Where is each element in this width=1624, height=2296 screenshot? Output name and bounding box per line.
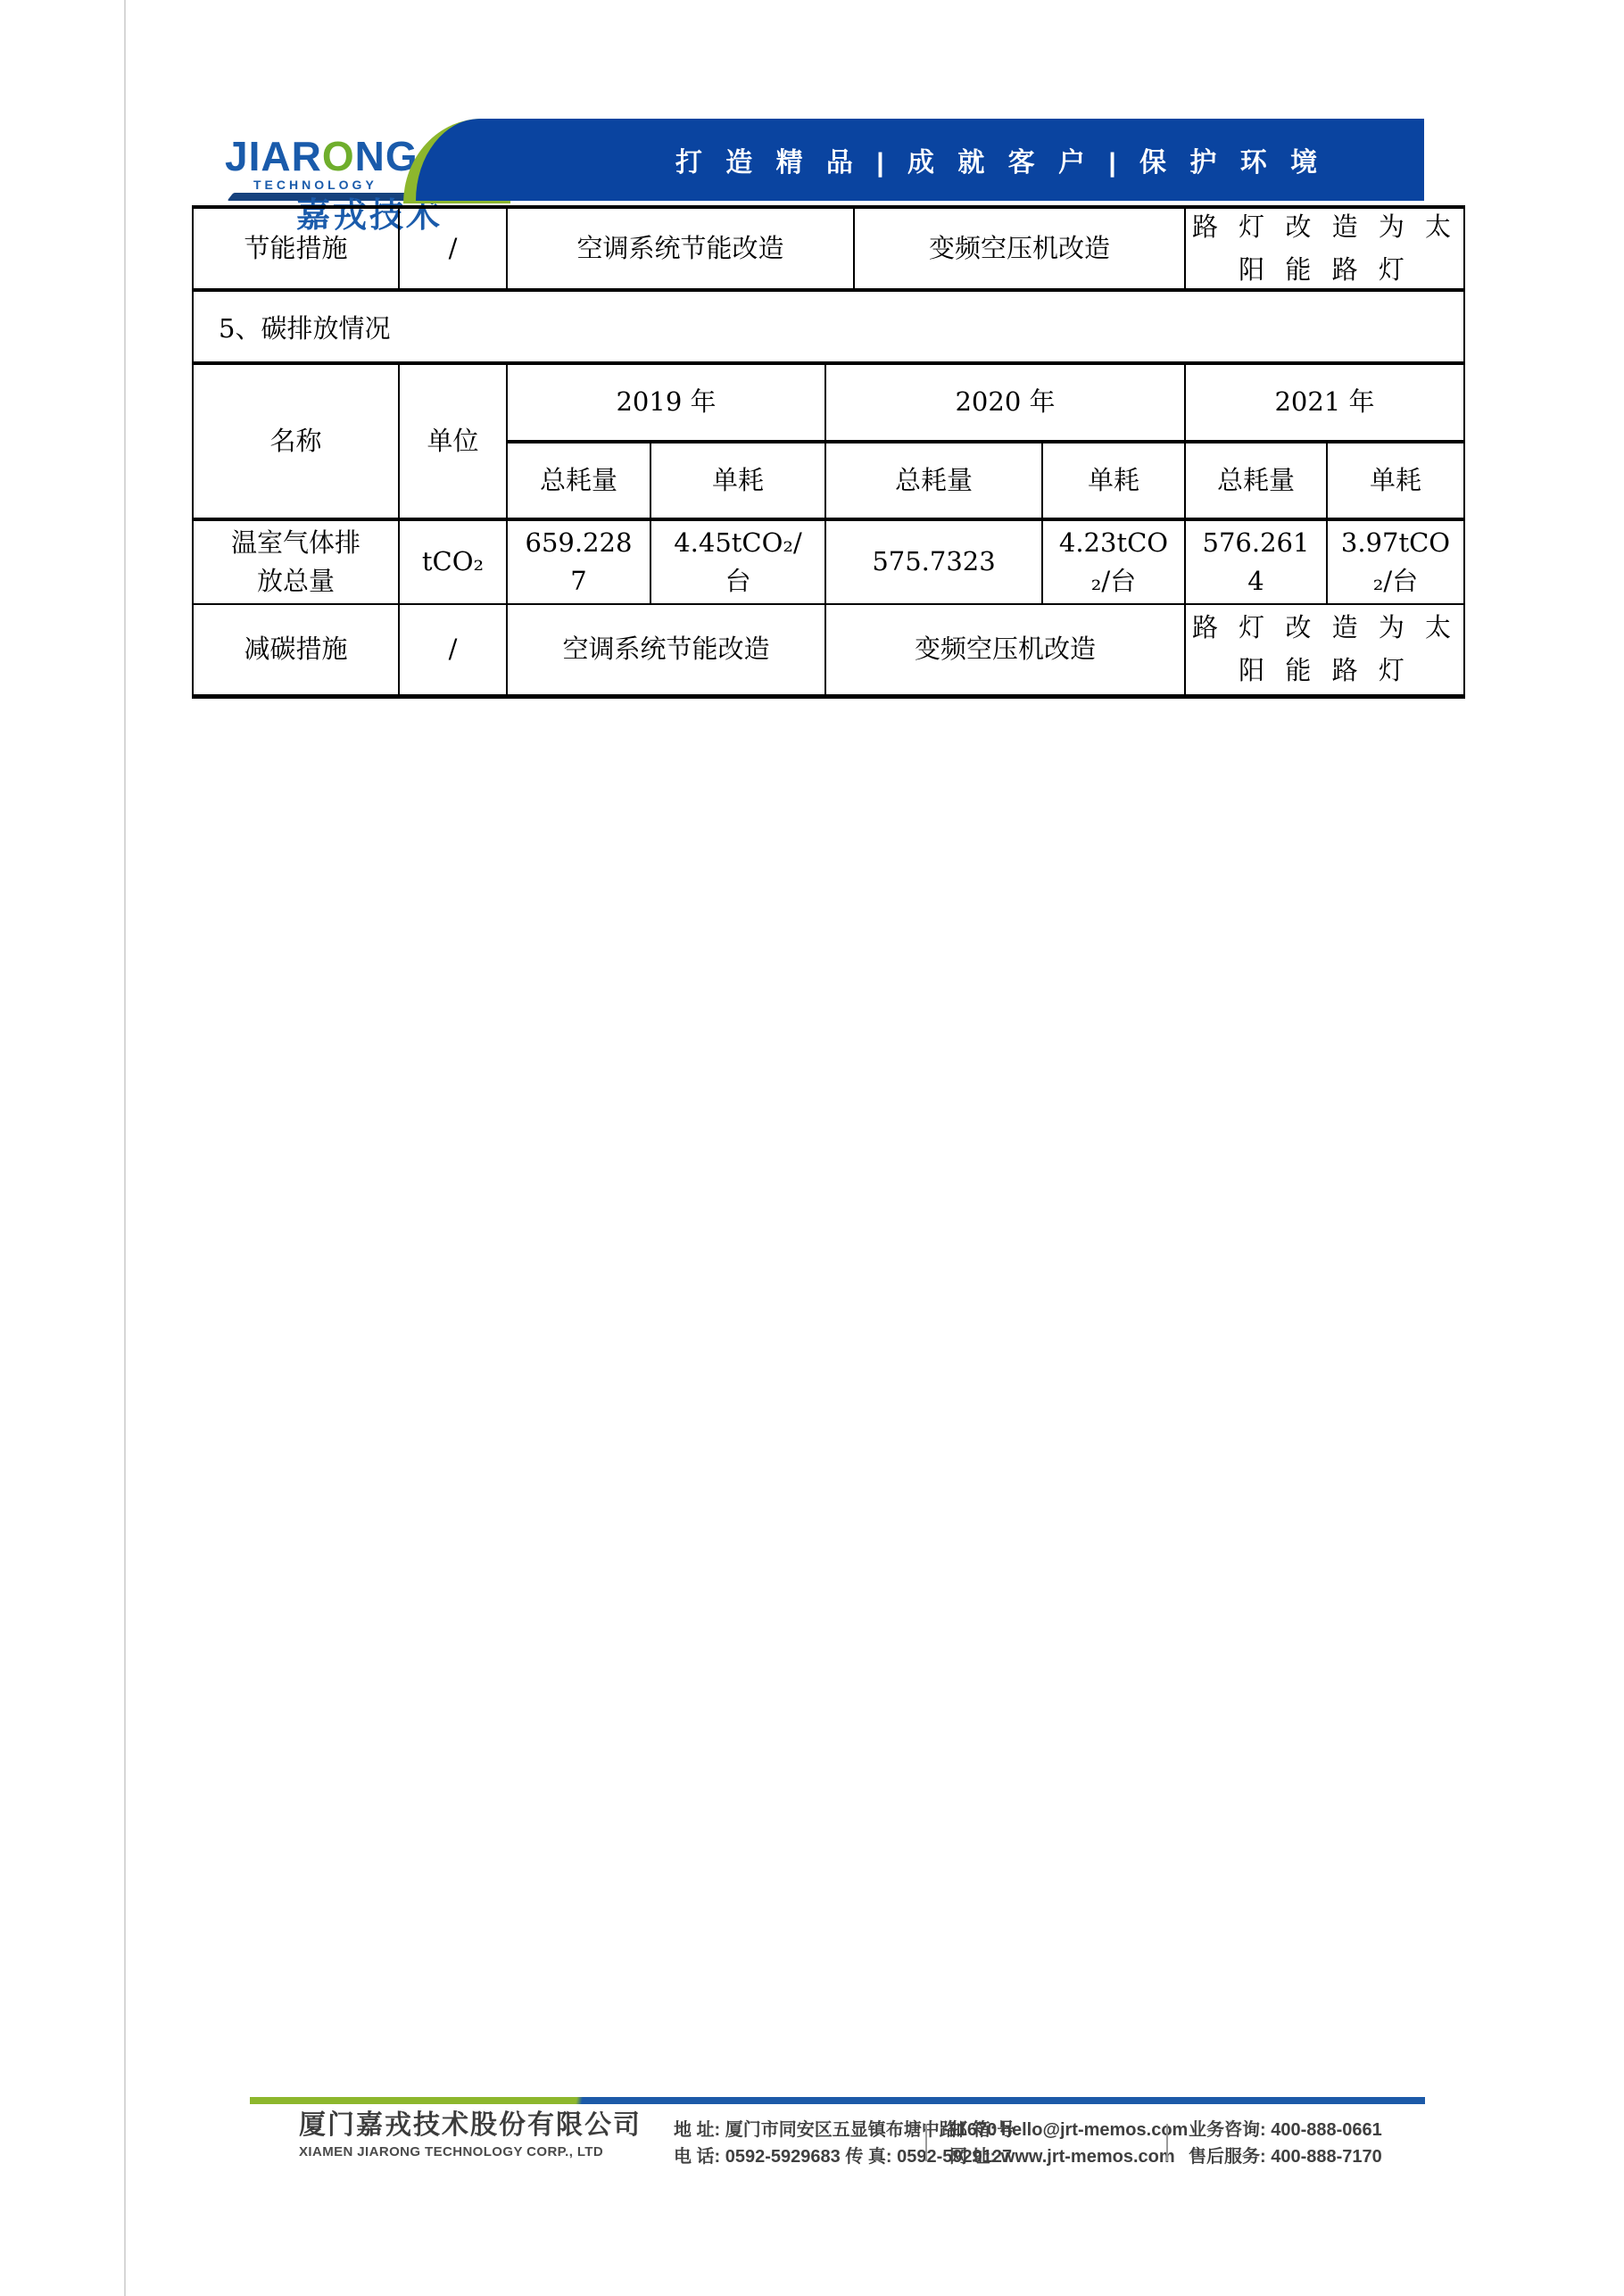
emissions-table: 节能措施 / 空调系统节能改造 变频空压机改造 路 灯 改 造 为 太 阳 能 … [192,205,1465,699]
energy-measures-row: 节能措施 / 空调系统节能改造 变频空压机改造 路 灯 改 造 为 太 阳 能 … [194,209,1463,292]
footer-web-block: 邮 箱: hello@jrt-memos.com 网 址: www.jrt-me… [949,2117,1188,2170]
page-edge-line [124,0,126,2296]
cell-ghg-2020-per-unit: 4.23tCO ₂/台 [1043,521,1186,605]
col-header-unit: 单位 [400,365,508,521]
carbon-emissions-grid: 名称 单位 2019 年 2020 年 2021 年 总耗量 单耗 总耗量 单耗… [194,365,1463,694]
cell-reduction-2021: 路 灯 改 造 为 太 阳 能 路 灯 [1186,605,1463,694]
cell-energy-2020: 变频空压机改造 [855,209,1186,292]
cell-ghg-2020-total: 575.7323 [826,521,1043,605]
cell-reduction-2020: 变频空压机改造 [826,605,1186,694]
footer-email-line: 邮 箱: hello@jrt-memos.com [949,2117,1188,2143]
cell-ghg-2021-total: 576.261 4 [1186,521,1328,605]
footer-company-name-en: XIAMEN JIARONG TECHNOLOGY CORP., LTD [299,2144,642,2159]
cell-reduction-label: 减碳措施 [194,605,400,694]
cell-energy-2021: 路 灯 改 造 为 太 阳 能 路 灯 [1186,209,1463,292]
logo-brand-text: JIARONG [225,136,418,177]
cell-reduction-unit: / [400,605,508,694]
document-page: JIARONG TECHNOLOGY 嘉戎技术 打 造 精 品 | 成 就 客 … [0,0,1624,2296]
col-header-name: 名称 [194,365,400,521]
section-title-row: 5、碳排放情况 [194,292,1463,365]
cell-reduction-2019: 空调系统节能改造 [508,605,826,694]
footer-website-line: 网 址: www.jrt-memos.com [949,2143,1188,2170]
cell-energy-2019: 空调系统节能改造 [508,209,855,292]
cell-ghg-unit: tCO₂ [400,521,508,605]
footer-divider-2 [1166,2124,1168,2161]
logo-brand-part1: JIAR [225,133,322,179]
subheader-2019-per-unit: 单耗 [651,443,826,521]
footer-service-line-2: 售后服务: 400-888-7170 [1189,2143,1382,2170]
col-header-2020: 2020 年 [826,365,1186,443]
cell-ghg-name: 温室气体排 放总量 [194,521,400,605]
footer-divider-1 [925,2124,927,2161]
cell-ghg-2021-per-unit: 3.97tCO ₂/台 [1328,521,1463,605]
footer-service-line-1: 业务咨询: 400-888-0661 [1189,2117,1382,2143]
footer-hotline-block: 业务咨询: 400-888-0661 售后服务: 400-888-7170 [1189,2117,1382,2170]
logo-brand-o: O [322,133,355,179]
cell-ghg-2019-total: 659.228 7 [508,521,651,605]
subheader-2020-per-unit: 单耗 [1043,443,1186,521]
col-header-2019: 2019 年 [508,365,826,443]
subheader-2021-total: 总耗量 [1186,443,1328,521]
subheader-2021-per-unit: 单耗 [1328,443,1463,521]
subheader-2019-total: 总耗量 [508,443,651,521]
banner-slogan: 打 造 精 品 | 成 就 客 户 | 保 护 环 境 [515,140,1325,179]
footer-accent-bar [250,2097,1425,2104]
footer-company-block: 厦门嘉戎技术股份有限公司 XIAMEN JIARONG TECHNOLOGY C… [299,2110,642,2159]
cell-energy-label: 节能措施 [194,209,400,292]
cell-ghg-2019-per-unit: 4.45tCO₂/ 台 [651,521,826,605]
col-header-2021: 2021 年 [1186,365,1463,443]
footer-company-name-cn: 厦门嘉戎技术股份有限公司 [299,2110,642,2142]
cell-energy-unit: / [400,209,508,292]
subheader-2020-total: 总耗量 [826,443,1043,521]
header-banner: 打 造 精 品 | 成 就 客 户 | 保 护 环 境 [416,119,1424,201]
